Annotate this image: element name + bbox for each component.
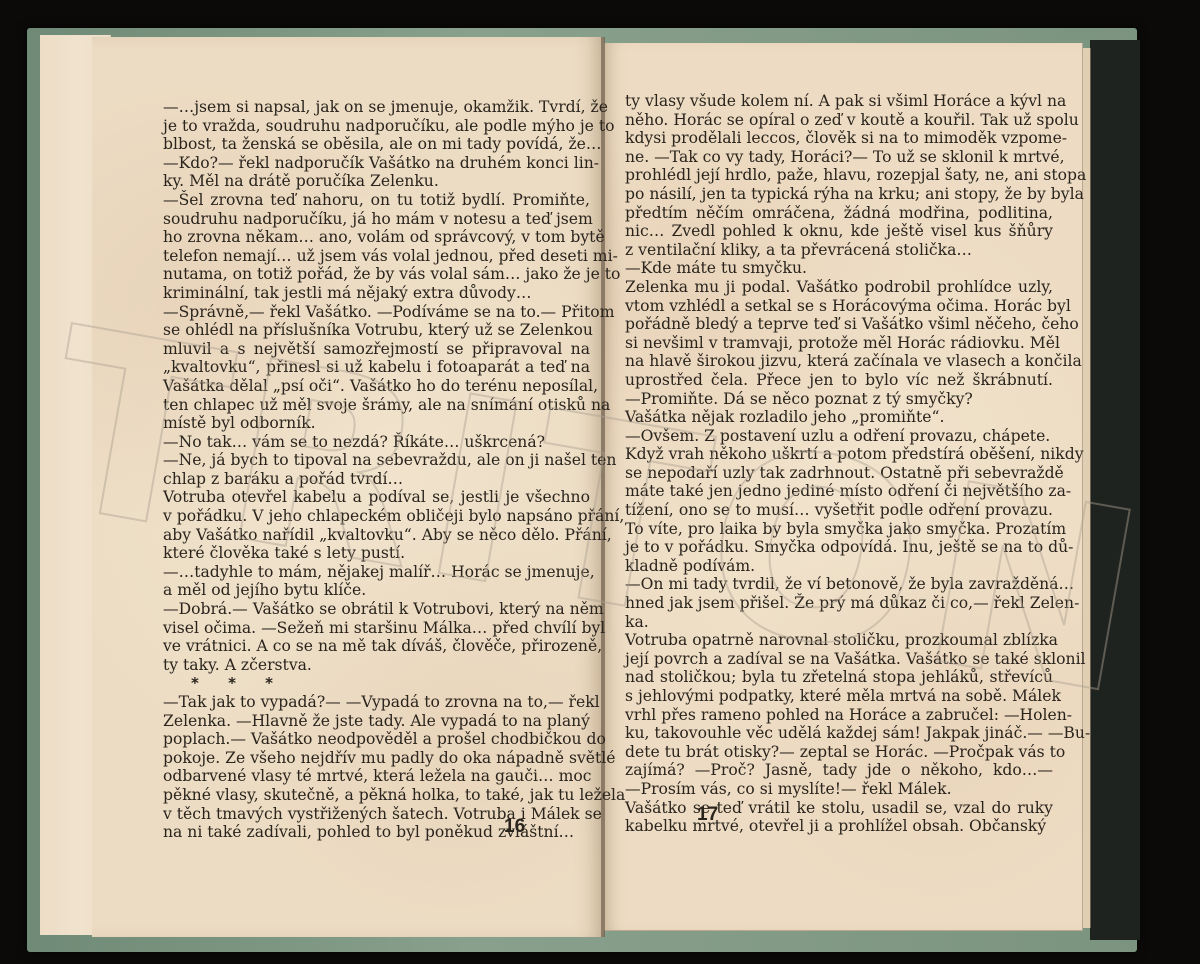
text-line: ty taky. A zčerstva.	[163, 656, 590, 675]
text-line: se ohlédl na příslušníka Votrubu, který …	[163, 321, 590, 340]
text-line: visel očima. —Sežeň mi staršinu Málka… p…	[163, 619, 590, 638]
text-line: kabelku mrtvé, otevřel ji a prohlížel ob…	[625, 817, 1053, 836]
text-line: místě byl odborník.	[163, 414, 590, 433]
text-line: ve vrátnici. A co se na mě tak díváš, čl…	[163, 637, 590, 656]
text-line: nad stoličkou; byla tu zřetelná stopa je…	[625, 668, 1053, 687]
text-line: ne. —Tak co vy tady, Horáci?— To už se s…	[625, 148, 1053, 167]
text-line: a měl od jejího bytu klíče.	[163, 581, 590, 600]
text-line: —Promiňte. Dá se něco poznat z tý smyčky…	[625, 390, 1053, 409]
text-line: pěkné vlasy, skutečně, a pěkná holka, to…	[163, 786, 590, 805]
text-line: Zelenka. —Hlavně že jste tady. Ale vypad…	[163, 712, 590, 731]
text-line: —Správně,— řekl Vašátko. —Podíváme se na…	[163, 303, 590, 322]
text-line: prohlédl její hrdlo, paže, hlavu, rozepj…	[625, 166, 1053, 185]
text-line: aby Vašátko nařídil „kvaltovku“. Aby se …	[163, 526, 590, 545]
text-line: ty vlasy všude kolem ní. A pak si všiml …	[625, 92, 1053, 111]
text-line: po násilí, jen ta typická rýha na krku; …	[625, 185, 1053, 204]
text-line: vtom vzhlédl a setkal se s Horácovýma oč…	[625, 297, 1053, 316]
text-line: —Kde máte tu smyčku.	[625, 259, 1053, 278]
text-line: blbost, ta ženská se oběsila, ale on mi …	[163, 135, 590, 154]
text-line: —Kdo?— řekl nadporučík Vašátko na druhém…	[163, 154, 590, 173]
text-line: hned jak jsem přišel. Že prý má důkaz či…	[625, 594, 1053, 613]
section-break: * * *	[163, 674, 590, 693]
text-line: ho zrovna někam… ano, volám od správcový…	[163, 228, 590, 247]
left-page-text: —…jsem si napsal, jak on se jmenuje, oka…	[163, 98, 590, 842]
text-line: odbarvené vlasy té mrtvé, která ležela n…	[163, 767, 590, 786]
text-line: Votruba opatrně narovnal stoličku, prozk…	[625, 631, 1053, 650]
text-line: soudruhu nadporučíku, já ho mám v notesu…	[163, 210, 590, 229]
text-line: To víte, pro laika by byla smyčka jako s…	[625, 520, 1053, 539]
text-line: nutama, on totiž pořád, že by vás volal …	[163, 265, 590, 284]
text-line: vrhl přes rameno pohled na Horáce a zabr…	[625, 706, 1053, 725]
text-line: je to vražda, soudruhu nadporučíku, ale …	[163, 117, 590, 136]
text-line: kladně podívám.	[625, 557, 1053, 576]
text-line: —No tak… vám se to nezdá? Říkáte… uškrce…	[163, 433, 590, 452]
text-line: Vašátko se teď vrátil ke stolu, usadil s…	[625, 799, 1053, 818]
text-line: poplach.— Vašátko neodpověděl a prošel c…	[163, 730, 590, 749]
text-line: —Ne, já bych to tipoval na sebevraždu, a…	[163, 451, 590, 470]
text-line: na hlavě širokou jizvu, která začínala v…	[625, 352, 1053, 371]
text-line: které člověka také s lety pustí.	[163, 544, 590, 563]
text-line: z ventilační kliky, a ta převrácená stol…	[625, 241, 1053, 260]
text-line: Když vrah někoho uškrtí a potom předstír…	[625, 445, 1053, 464]
text-line: s jehlovými podpatky, které měla mrtvá n…	[625, 687, 1053, 706]
text-line: —Šel zrovna teď nahoru, on tu totiž bydl…	[163, 191, 590, 210]
text-line: máte také jen jedno jediné místo odření …	[625, 482, 1053, 501]
text-line: telefon nemají… už jsem vás volal jednou…	[163, 247, 590, 266]
text-line: dete tu brát otisky?— zeptal se Horác. —…	[625, 743, 1053, 762]
text-line: její povrch a zadíval se na Vašátka. Vaš…	[625, 650, 1053, 669]
text-line: si nevšiml v tramvaji, protože měl Horác…	[625, 334, 1053, 353]
text-line: zajímá? —Proč? Jasně, tady jde o někoho,…	[625, 761, 1053, 780]
text-line: mluvil a s největší samozřejmostí se při…	[163, 340, 590, 359]
text-line: na ni také zadívali, pohled to byl poněk…	[163, 823, 590, 842]
text-line: —Prosím vás, co si myslíte!— řekl Málek.	[625, 780, 1053, 799]
text-line: tížení, ono se to musí… vyšetřit podle o…	[625, 501, 1053, 520]
text-line: kriminální, tak jestli má nějaký extra d…	[163, 284, 590, 303]
text-line: —Tak jak to vypadá?— —Vypadá to zrovna n…	[163, 693, 590, 712]
text-line: —…tadyhle to mám, nějakej malíř… Horác s…	[163, 563, 590, 582]
text-line: „kvaltovku“, přinesl si už kabelu i foto…	[163, 358, 590, 377]
text-line: je to v pořádku. Smyčka odpovídá. Inu, j…	[625, 538, 1053, 557]
text-line: kdysi prodělali leccos, člověk si na to …	[625, 129, 1053, 148]
text-line: ka.	[625, 613, 1053, 632]
text-line: předtím něčím omráčena, žádná modřina, p…	[625, 204, 1053, 223]
text-line: chlap z baráku a pořád tvrdí…	[163, 470, 590, 489]
text-line: —On mi tady tvrdil, že ví betonově, že b…	[625, 575, 1053, 594]
text-line: se nepodaří uzly tak zadrhnout. Ostatně …	[625, 464, 1053, 483]
text-line: Vašátka dělal „psí oči“. Vašátko ho do t…	[163, 377, 590, 396]
text-line: v pořádku. V jeho chlapeckém obličeji by…	[163, 507, 590, 526]
text-line: pořádně bledý a teprve teď si Vašátko vš…	[625, 315, 1053, 334]
text-line: Vašátka nějak rozladilo jeho „promiňte“.	[625, 408, 1053, 427]
text-line: nic… Zvedl pohled k oknu, kde ještě vise…	[625, 222, 1053, 241]
text-line: —Ovšem. Z postavení uzlu a odření provaz…	[625, 427, 1053, 446]
book-cover-shadow	[1090, 40, 1140, 940]
text-line: —…jsem si napsal, jak on se jmenuje, oka…	[163, 98, 590, 117]
text-line: —Dobrá.— Vašátko se obrátil k Votrubovi,…	[163, 600, 590, 619]
page-number-right: 17	[697, 804, 718, 826]
text-line: ten chlapec už měl svoje šrámy, ale na s…	[163, 396, 590, 415]
text-line: pokoje. Ze všeho nejdřív mu padly do oka…	[163, 749, 590, 768]
text-line: ku, takovouhle věc udělá každej sám! Jak…	[625, 724, 1053, 743]
text-line: něho. Horác se opíral o zeď v koutě a ko…	[625, 111, 1053, 130]
text-line: Votruba otevřel kabelu a podíval se, jes…	[163, 488, 590, 507]
text-line: ky. Měl na drátě poručíka Zelenku.	[163, 172, 590, 191]
text-line: v těch tmavých vystřižených šatech. Votr…	[163, 805, 590, 824]
text-line: Zelenka mu ji podal. Vašátko podrobil pr…	[625, 278, 1053, 297]
page-number-left: 16	[504, 816, 525, 838]
text-line: uprostřed čela. Přece jen to bylo víc ne…	[625, 371, 1053, 390]
right-page-text: ty vlasy všude kolem ní. A pak si všiml …	[625, 92, 1053, 836]
